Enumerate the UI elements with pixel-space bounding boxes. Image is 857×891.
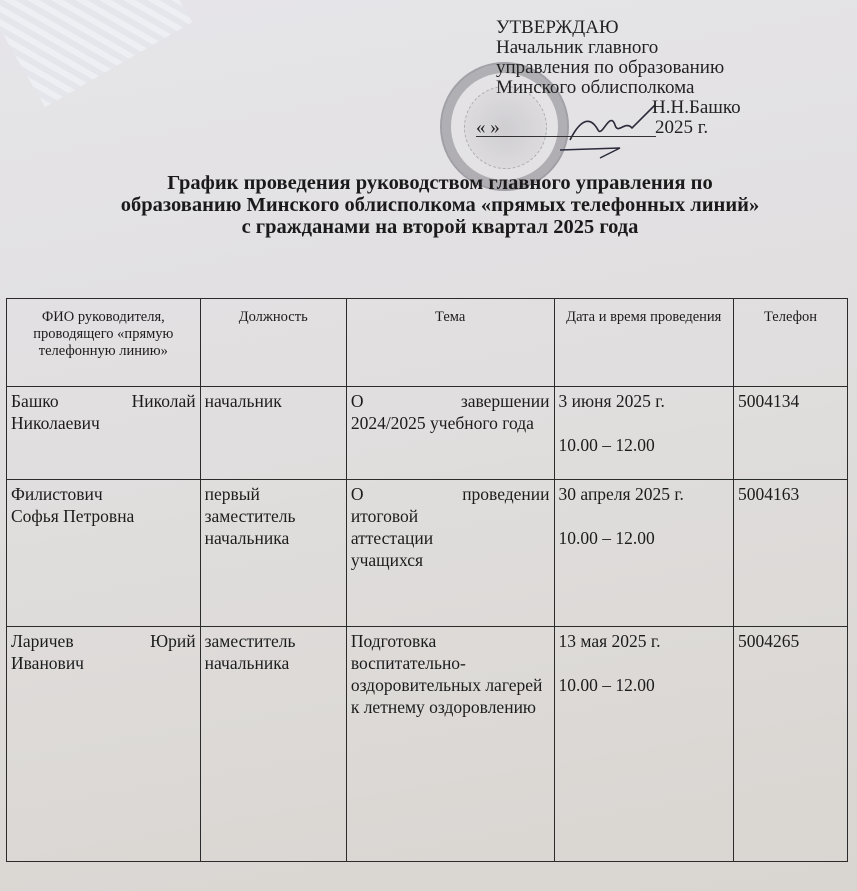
table-row: ЛаричевЮрий Иванович заместитель начальн… — [7, 627, 848, 862]
patronymic: Николаевич — [11, 412, 196, 434]
time-text: 10.00 – 12.00 — [559, 674, 729, 696]
topic-word: проведении — [462, 483, 549, 505]
approval-heading: УТВЕРЖДАЮ — [496, 18, 741, 38]
topic-rest: воспитательно-оздоровительных лагерей к … — [351, 652, 550, 718]
surname: Башко — [11, 390, 59, 412]
paper-fold-corner — [0, 0, 192, 107]
header-datetime: Дата и время проведения — [554, 299, 733, 387]
title-line: образованию Минского облисполкома «прямы… — [60, 194, 820, 216]
approval-signatory: Н.Н.Башко — [496, 98, 741, 118]
approval-date: « » 2025 г. — [496, 118, 741, 138]
cell-position: первый заместитель начальника — [200, 480, 346, 627]
date-text: 30 апреля 2025 г. — [559, 484, 684, 504]
topic-rest: итоговой аттестации учащихся — [351, 505, 471, 571]
header-phone: Телефон — [734, 299, 848, 387]
approval-date-underline — [476, 136, 656, 137]
first-name-patronymic: Софья Петровна — [11, 505, 196, 527]
cell-datetime: 3 июня 2025 г. 10.00 – 12.00 — [554, 387, 733, 480]
header-position: Должность — [200, 299, 346, 387]
cell-topic: Опроведении итоговой аттестации учащихся — [346, 480, 554, 627]
cell-topic: Подготовка воспитательно-оздоровительных… — [346, 627, 554, 862]
table-header-row: ФИО руководителя, проводящего «прямую те… — [7, 299, 848, 387]
topic-word: О — [351, 390, 364, 412]
cell-name: Филистович Софья Петровна — [7, 480, 201, 627]
cell-name: ЛаричевЮрий Иванович — [7, 627, 201, 862]
approval-year: 2025 г. — [655, 117, 708, 138]
topic-word: О — [351, 483, 364, 505]
surname: Ларичев — [11, 630, 74, 652]
time-text: 10.00 – 12.00 — [559, 434, 729, 456]
title-line: с гражданами на второй квартал 2025 года — [60, 216, 820, 238]
approval-block: УТВЕРЖДАЮ Начальник главного управления … — [496, 18, 741, 138]
schedule-table: ФИО руководителя, проводящего «прямую те… — [6, 298, 848, 862]
patronymic: Иванович — [11, 652, 196, 674]
approval-position-line: Минского облисполкома — [496, 78, 741, 98]
cell-datetime: 13 мая 2025 г. 10.00 – 12.00 — [554, 627, 733, 862]
first-name: Николай — [132, 390, 196, 412]
header-name: ФИО руководителя, проводящего «прямую те… — [7, 299, 201, 387]
surname: Филистович — [11, 483, 196, 505]
topic-word: Подготовка — [351, 630, 550, 652]
approval-position-line: Начальник главного — [496, 38, 741, 58]
date-text: 3 июня 2025 г. — [559, 391, 665, 411]
date-text: 13 мая 2025 г. — [559, 631, 661, 651]
cell-phone: 5004163 — [734, 480, 848, 627]
cell-phone: 5004134 — [734, 387, 848, 480]
time-text: 10.00 – 12.00 — [559, 527, 729, 549]
cell-phone: 5004265 — [734, 627, 848, 862]
header-topic: Тема — [346, 299, 554, 387]
topic-rest: 2024/2025 учебного года — [351, 412, 550, 434]
cell-position: заместитель начальника — [200, 627, 346, 862]
first-name: Юрий — [150, 630, 195, 652]
approval-position-line: управления по образованию — [496, 58, 741, 78]
title-line: График проведения руководством главного … — [60, 172, 820, 194]
table-row: Филистович Софья Петровна первый замести… — [7, 480, 848, 627]
topic-word: завершении — [461, 390, 550, 412]
approval-date-quotes: « » — [476, 118, 500, 138]
cell-topic: Озавершении 2024/2025 учебного года — [346, 387, 554, 480]
cell-datetime: 30 апреля 2025 г. 10.00 – 12.00 — [554, 480, 733, 627]
document-title: График проведения руководством главного … — [60, 172, 820, 238]
cell-name: БашкоНиколай Николаевич — [7, 387, 201, 480]
table-row: БашкоНиколай Николаевич начальник Озавер… — [7, 387, 848, 480]
cell-position: начальник — [200, 387, 346, 480]
